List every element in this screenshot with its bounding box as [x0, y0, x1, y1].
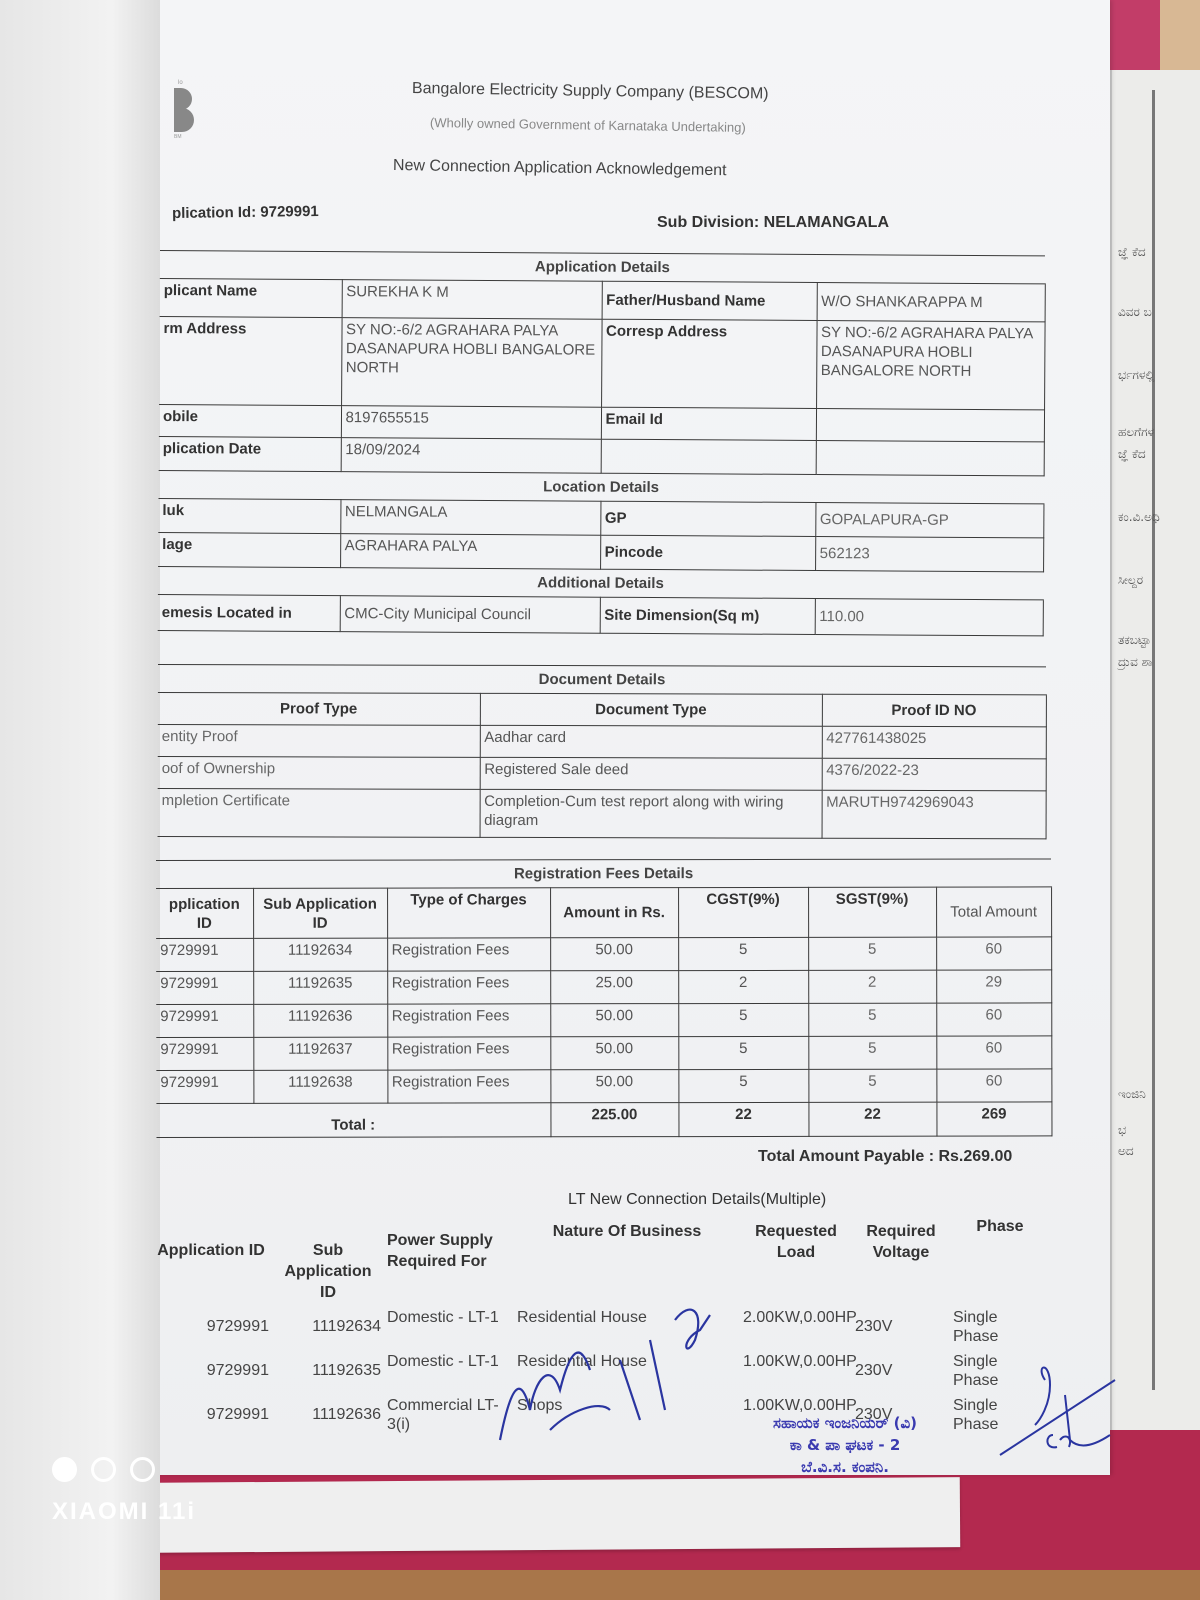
proof-id: 427761438025	[822, 726, 1046, 759]
back-page-text: ಅದ	[1118, 1144, 1134, 1159]
sub-application-id: 11192637	[253, 1037, 387, 1070]
background-wood	[140, 1570, 1200, 1600]
bescom-logo-icon: loBM	[172, 84, 196, 136]
cgst: 5	[678, 1036, 808, 1069]
application-details-table: Application Details plicant Name SUREKHA…	[158, 250, 1046, 636]
proof-id: MARUTH9742969043	[822, 790, 1046, 839]
document-type: Aadhar card	[480, 725, 822, 758]
column-header: Sub Application ID	[272, 1216, 384, 1305]
sgst: 5	[808, 937, 936, 970]
total-cgst: 22	[678, 1102, 808, 1136]
application-id: 9729991	[150, 1305, 272, 1349]
proof-type: mpletion Certificate	[158, 788, 480, 837]
phase: Single Phase	[950, 1349, 1050, 1393]
field-label: GP	[600, 501, 815, 536]
column-header: Application ID	[150, 1216, 272, 1305]
table-row: 972999111192634Domestic - LT-1Residentia…	[150, 1305, 1050, 1349]
total-label: Total :	[156, 1103, 550, 1138]
application-date: 18/09/2024	[341, 438, 601, 474]
proof-id: 4376/2022-23	[822, 758, 1046, 791]
back-page-text: ತಕಬಟ್ಟಾ	[1118, 633, 1151, 648]
column-header: Document Type	[480, 693, 822, 726]
application-id: 9729991	[156, 1004, 253, 1037]
application-id: plication Id: 9729991	[172, 203, 319, 222]
pincode: 562123	[815, 537, 1043, 572]
column-header: Proof Type	[158, 692, 480, 725]
application-id: 9729991	[156, 938, 253, 971]
nature-of-business: Shops	[514, 1393, 740, 1437]
gram-panchayat: GOPALAPURA-GP	[815, 503, 1043, 538]
application-id: 9729991	[156, 1070, 253, 1103]
back-page-text: ರ್ಭಗಳಲ್ಲಿ	[1118, 368, 1155, 383]
back-page-text: ಹಲಗೆಗಳ	[1118, 425, 1154, 440]
registration-fees-table: Registration Fees Details pplication ID …	[156, 858, 1052, 1138]
total-amount: 60	[936, 1036, 1051, 1069]
binder-page	[0, 0, 160, 1600]
field-label: Corresp Address	[601, 319, 817, 408]
column-header: Phase	[950, 1216, 1050, 1305]
sub-application-id: 11192634	[272, 1305, 384, 1349]
field-label: plicant Name	[160, 278, 342, 317]
charge-type: Registration Fees	[387, 938, 550, 971]
phase: Single Phase	[950, 1305, 1050, 1349]
power-supply-for: Domestic - LT-1	[384, 1305, 514, 1349]
power-supply-for: Domestic - LT-1	[384, 1349, 514, 1393]
table-row: 972999111192637Registration Fees50.00556…	[156, 1036, 1051, 1071]
sgst: 5	[808, 1036, 936, 1069]
total-sgst: 22	[808, 1102, 936, 1136]
column-header: Total Amount	[936, 887, 1051, 937]
back-page: ಜ್ಞೆ ಕೆದ ವಿವರ ಬ ರ್ಭಗಳಲ್ಲಿ ಹಲಗೆಗಳ ಜ್ಞೆ ಕೆ…	[1110, 70, 1200, 1430]
amount: 50.00	[550, 1037, 678, 1070]
requested-load: 1.00KW,0.00HP	[740, 1349, 852, 1393]
cgst: 5	[678, 1003, 808, 1036]
charge-type: Registration Fees	[387, 971, 550, 1004]
email-id	[816, 409, 1044, 442]
sub-application-id: 11192636	[253, 1004, 387, 1037]
back-page-text: ಕಂ.ವಿ.ಅಧಿ	[1118, 510, 1160, 525]
section-title: Registration Fees Details	[156, 859, 1051, 889]
table-row: 972999111192635Domestic - LT-1Residentia…	[150, 1349, 1050, 1393]
table-row: entity Proof Aadhar card 427761438025	[158, 724, 1046, 758]
charge-type: Registration Fees	[387, 1070, 550, 1103]
table-row: oof of Ownership Registered Sale deed 43…	[158, 756, 1046, 790]
sub-application-id: 11192638	[253, 1070, 387, 1103]
column-header: pplication ID	[156, 888, 253, 938]
sub-application-id: 11192634	[253, 938, 387, 971]
proof-type: oof of Ownership	[158, 756, 480, 789]
correspondence-address: SY NO:-6/2 AGRAHARA PALYA DASANAPURA HOB…	[816, 321, 1045, 410]
section-title: Document Details	[158, 665, 1046, 695]
grand-total: 269	[936, 1102, 1051, 1136]
amount: 50.00	[550, 1004, 678, 1037]
column-header: Required Voltage	[852, 1216, 950, 1305]
total-amount: 29	[936, 970, 1051, 1003]
section-title: LT New Connection Details(Multiple)	[568, 1191, 826, 1209]
premises-location: CMC-City Municipal Council	[340, 596, 600, 634]
field-label: lage	[158, 532, 340, 567]
sgst: 5	[808, 1003, 936, 1036]
column-header: Requested Load	[740, 1216, 852, 1305]
column-header: Nature Of Business	[514, 1216, 740, 1305]
back-page-text: ಜ್ಞೆ ಕೆದ	[1118, 447, 1146, 462]
under-page	[140, 1477, 960, 1553]
back-page-text: ಸೀಲ್ದರ	[1118, 573, 1143, 588]
field-label: Site Dimension(Sq m)	[600, 597, 815, 634]
total-amount: 225.00	[550, 1103, 678, 1137]
field-label: Father/Husband Name	[602, 281, 817, 320]
nature-of-business: Residential House	[514, 1305, 740, 1349]
camera-watermark-dots	[52, 1457, 155, 1482]
requested-load: 2.00KW,0.00HP	[740, 1305, 852, 1349]
cgst: 5	[678, 937, 808, 970]
official-stamp: ಸಹಾಯಕ ಇಂಜನಿಯರ್ (ವಿ) ಕಾ & ಪಾ ಘಟಕ - 2 ಬೆ.ವ…	[735, 1412, 955, 1478]
father-husband-name: W/O SHANKARAPPA M	[817, 283, 1045, 322]
column-header: SGST(9%)	[808, 887, 936, 937]
stamp-line: ಕಾ & ಪಾ ಘಟಕ - 2	[735, 1434, 955, 1456]
sub-division: Sub Division: NELAMANGALA	[657, 214, 889, 232]
required-voltage: 230V	[852, 1305, 950, 1349]
village: AGRAHARA PALYA	[340, 534, 600, 570]
sub-application-id: 11192635	[272, 1349, 384, 1393]
table-row: 972999111192634Registration Fees50.00556…	[156, 937, 1051, 972]
table-row: 972999111192638Registration Fees50.00556…	[156, 1069, 1051, 1104]
document-type: Registered Sale deed	[480, 757, 822, 790]
back-page-text: ಇಂಜಿನಿ	[1118, 1087, 1146, 1102]
document-type: Completion-Cum test report along with wi…	[480, 789, 822, 838]
proof-type: entity Proof	[158, 724, 480, 757]
sgst: 2	[808, 970, 936, 1003]
nature-of-business: Residential House	[514, 1349, 740, 1393]
sub-application-id: 11192636	[272, 1393, 384, 1437]
column-header: Proof ID NO	[822, 694, 1046, 727]
amount: 25.00	[550, 971, 678, 1004]
site-dimension: 110.00	[815, 599, 1043, 636]
field-label: obile	[159, 404, 341, 437]
field-label: luk	[158, 498, 340, 533]
table-row: 972999111192636Registration Fees50.00556…	[156, 1003, 1051, 1038]
total-amount-payable: Total Amount Payable : Rs.269.00	[758, 1148, 1012, 1166]
application-id: 9729991	[150, 1349, 272, 1393]
amount: 50.00	[550, 1070, 678, 1103]
field-label: Email Id	[601, 407, 816, 440]
lt-connection-table: Application ID Sub Application ID Power …	[150, 1216, 1050, 1437]
back-page-text: ಜ್ಞೆ ಕೆದ	[1118, 245, 1146, 260]
field-label: rm Address	[159, 316, 342, 405]
charge-type: Registration Fees	[387, 1037, 550, 1070]
field-label: emesis Located in	[158, 594, 340, 631]
column-header: Power Supply Required For	[384, 1216, 514, 1305]
application-id: 9729991	[150, 1393, 272, 1437]
application-id: 9729991	[156, 971, 253, 1004]
document-details-table: Document Details Proof Type Document Typ…	[158, 664, 1047, 839]
stamp-line: ಸಹಾಯಕ ಇಂಜನಿಯರ್ (ವಿ)	[735, 1412, 955, 1434]
column-header: CGST(9%)	[678, 887, 808, 937]
amount: 50.00	[550, 938, 678, 971]
background-wall	[1160, 0, 1200, 80]
sgst: 5	[808, 1069, 936, 1102]
permanent-address: SY NO:-6/2 AGRAHARA PALYA DASANAPURA HOB…	[341, 318, 602, 408]
cgst: 5	[678, 1069, 808, 1102]
applicant-name: SUREKHA K M	[342, 280, 602, 320]
required-voltage: 230V	[852, 1349, 950, 1393]
back-page-text: ಭ	[1118, 1123, 1126, 1138]
table-row: 972999111192635Registration Fees25.00222…	[156, 970, 1051, 1005]
total-amount: 60	[936, 937, 1051, 970]
sub-application-id: 11192635	[253, 971, 387, 1004]
total-amount: 60	[936, 1003, 1051, 1036]
taluk: NELMANGALA	[340, 500, 600, 536]
stamp-line: ಬೆ.ವಿ.ಸ. ಕಂಪನಿ.	[735, 1456, 955, 1478]
power-supply-for: Commercial LT-3(i)	[384, 1393, 514, 1437]
phase: Single Phase	[950, 1393, 1050, 1437]
charge-type: Registration Fees	[387, 1004, 550, 1037]
back-page-text: ವಿವರ ಬ	[1118, 305, 1152, 320]
table-row: mpletion Certificate Completion-Cum test…	[158, 788, 1046, 838]
mobile-number: 8197655515	[341, 406, 601, 440]
field-label: plication Date	[159, 436, 341, 471]
column-header: Sub Application ID	[253, 888, 387, 938]
column-header: Type of Charges	[387, 888, 550, 938]
camera-watermark: XIAOMI 11i	[52, 1498, 196, 1526]
cgst: 2	[678, 970, 808, 1003]
total-row: Total : 225.00 22 22 269	[156, 1102, 1051, 1138]
field-label: Pincode	[600, 535, 815, 570]
back-page-text: ದ್ರುವ ಶಾ	[1118, 655, 1152, 670]
application-id: 9729991	[156, 1037, 253, 1070]
total-amount: 60	[936, 1069, 1051, 1102]
column-header: Amount in Rs.	[550, 888, 678, 938]
